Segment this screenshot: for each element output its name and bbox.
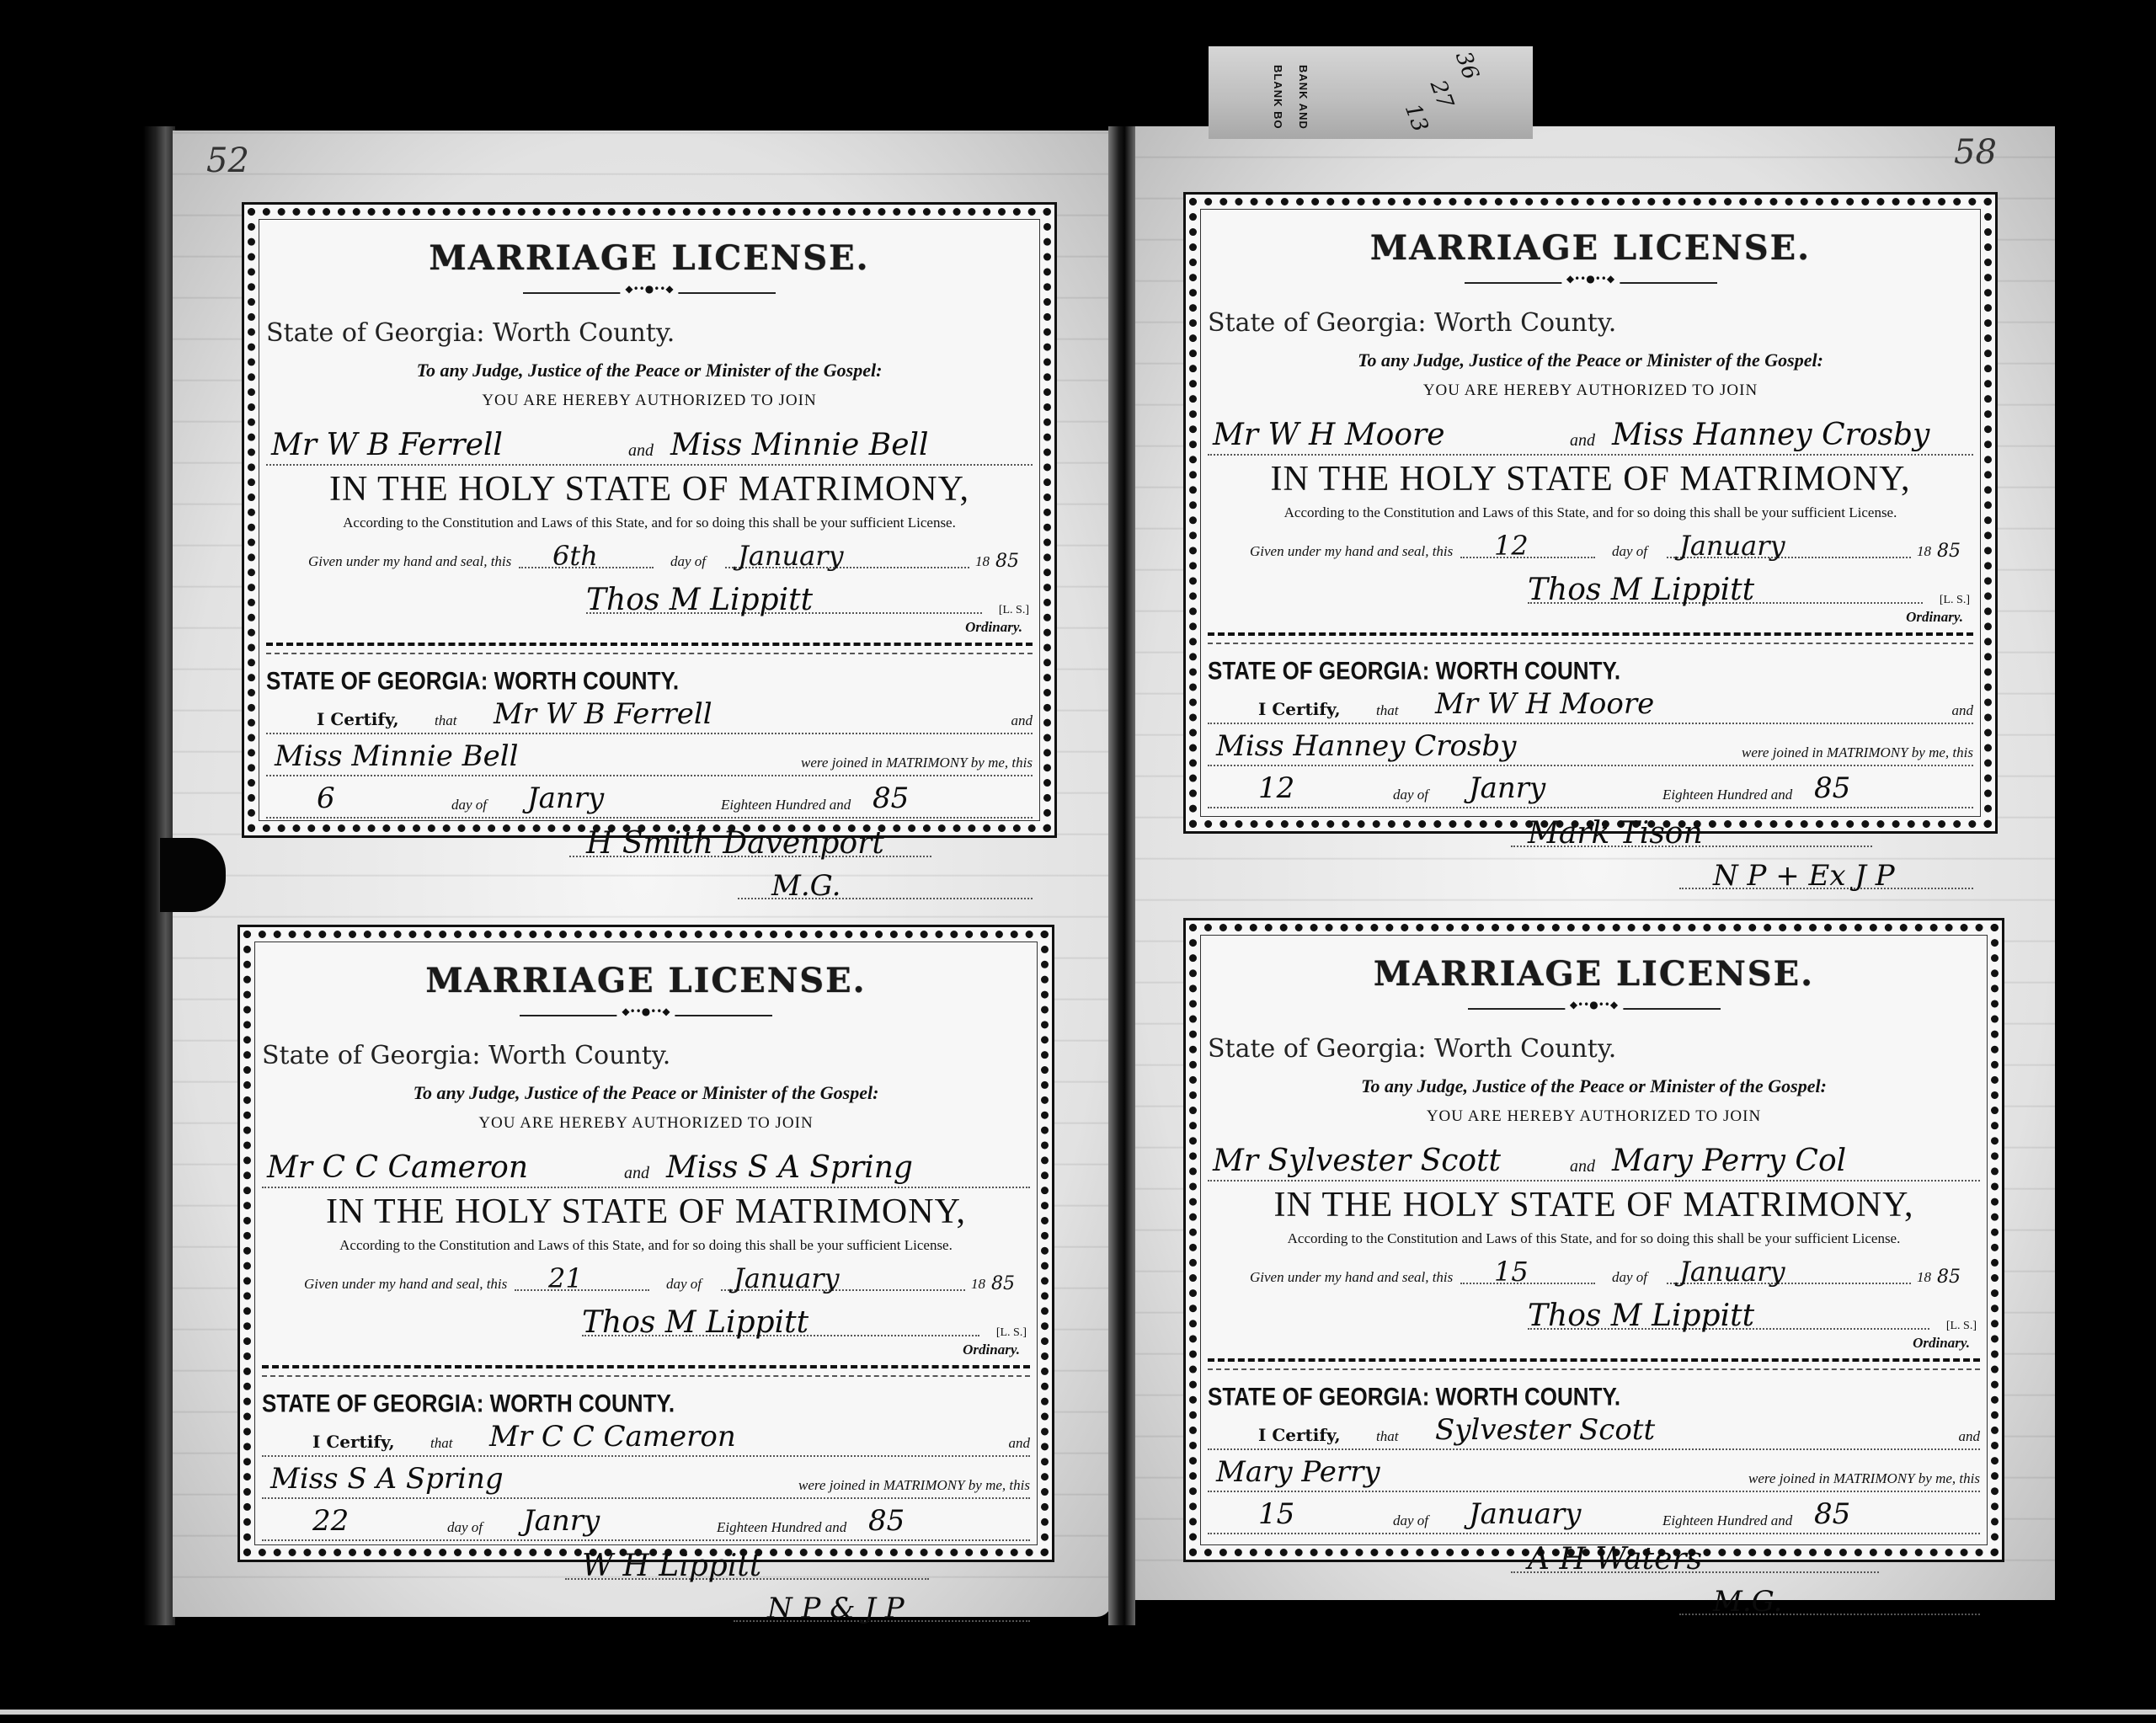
dotted-rule bbox=[1528, 602, 1923, 604]
ordinary-label: Ordinary. bbox=[266, 619, 1022, 636]
i-certify-label: I Certify, bbox=[317, 709, 399, 729]
certificate-year: 85 bbox=[868, 1504, 905, 1538]
license-day: 21 bbox=[548, 1262, 583, 1294]
license-day: 6th bbox=[552, 540, 598, 572]
date-line: 22 day of Janry Eighteen Hundred and 85 bbox=[262, 1502, 1030, 1541]
date-line: 6 day of Janry Eighteen Hundred and 85 bbox=[266, 780, 1033, 819]
certificate-day: 12 bbox=[1258, 771, 1294, 805]
holy-state-line: IN THE HOLY STATE OF MATRIMONY, bbox=[262, 1192, 1030, 1232]
ordinary-label: Ordinary. bbox=[1208, 1335, 1970, 1352]
holy-state-line: IN THE HOLY STATE OF MATRIMONY, bbox=[1208, 459, 1973, 499]
day-of-label: day of bbox=[666, 1276, 702, 1293]
names-line: Mr W H Moore and Miss Hanney Crosby bbox=[1208, 403, 1973, 456]
ordinary-signature: Thos M Lippitt bbox=[1528, 1299, 1754, 1333]
license-month: January bbox=[738, 540, 844, 572]
and-label: and bbox=[628, 441, 654, 461]
given-label: Given under my hand and seal, this bbox=[1250, 543, 1453, 560]
tag-printed-line: BLANK BO bbox=[1272, 65, 1284, 130]
certificate-day: 15 bbox=[1258, 1497, 1294, 1531]
license-card-top-right: MARRIAGE LICENSE. State of Georgia: Wort… bbox=[1183, 192, 1998, 834]
certificate-month: Janry bbox=[1469, 771, 1545, 805]
joined-label: were joined in MATRIMONY by me, this bbox=[1738, 744, 1973, 761]
dotted-rule bbox=[515, 1289, 649, 1291]
officiant-title: N P + Ex J P bbox=[1713, 859, 1895, 893]
and-label: and bbox=[1956, 1428, 1981, 1445]
tag-handwritten-number: 36 bbox=[1450, 48, 1484, 83]
certificate-month: Janry bbox=[527, 781, 604, 815]
dotted-rule bbox=[586, 612, 982, 614]
according-line: According to the Constitution and Laws o… bbox=[1208, 1230, 1980, 1247]
dotted-rule bbox=[582, 1335, 979, 1336]
license-title: MARRIAGE LICENSE. bbox=[262, 961, 1030, 1000]
officiant-line: W H Lippitt bbox=[262, 1541, 1030, 1585]
tag-handwritten-number: 27 bbox=[1425, 77, 1459, 111]
section-divider bbox=[262, 1365, 1030, 1377]
according-line: According to the Constitution and Laws o… bbox=[262, 1237, 1030, 1254]
day-of-label: day of bbox=[1393, 787, 1428, 803]
authorized-line: YOU ARE HEREBY AUTHORIZED TO JOIN bbox=[266, 392, 1033, 410]
dotted-rule bbox=[725, 567, 969, 568]
section-divider bbox=[1208, 632, 1973, 644]
holy-state-line: IN THE HOLY STATE OF MATRIMONY, bbox=[266, 469, 1033, 509]
names-line: Mr C C Cameron and Miss S A Spring bbox=[262, 1136, 1030, 1188]
ordinary-signature-line: Thos M Lippitt [L. S.] bbox=[1208, 565, 1973, 609]
groom-name: Mr W H Moore bbox=[1213, 418, 1445, 452]
certificate-day: 6 bbox=[317, 781, 335, 815]
license-content: MARRIAGE LICENSE. State of Georgia: Wort… bbox=[262, 946, 1030, 1543]
certificate-bride: Mary Perry bbox=[1216, 1455, 1380, 1489]
license-content: MARRIAGE LICENSE. State of Georgia: Wort… bbox=[266, 223, 1033, 819]
joined-line: Miss S A Spring were joined in MATRIMONY… bbox=[262, 1460, 1030, 1499]
year-prefix: 18 bbox=[975, 553, 990, 570]
certificate-year: 85 bbox=[873, 781, 909, 815]
license-card-top-left: MARRIAGE LICENSE. State of Georgia: Wort… bbox=[242, 202, 1057, 838]
joined-line: Miss Hanney Crosby were joined in MATRIM… bbox=[1208, 728, 1973, 766]
license-content: MARRIAGE LICENSE. State of Georgia: Wort… bbox=[1208, 213, 1973, 814]
given-line: Given under my hand and seal, this 21 da… bbox=[262, 1262, 1030, 1296]
given-label: Given under my hand and seal, this bbox=[1250, 1269, 1453, 1286]
authorized-line: YOU ARE HEREBY AUTHORIZED TO JOIN bbox=[1208, 381, 1973, 400]
day-of-label: day of bbox=[1612, 543, 1647, 560]
section-divider bbox=[266, 643, 1033, 654]
license-year: 85 bbox=[1937, 541, 1961, 562]
addressee-line: To any Judge, Justice of the Peace or Mi… bbox=[262, 1082, 1030, 1104]
officiant-signature: W H Lippitt bbox=[582, 1549, 761, 1583]
day-of-label: day of bbox=[447, 1519, 483, 1536]
tag-handwritten-number: 13 bbox=[1400, 100, 1433, 135]
license-card-bottom-right: MARRIAGE LICENSE. State of Georgia: Wort… bbox=[1183, 918, 2004, 1562]
scan-edge-strip bbox=[0, 1710, 2156, 1715]
tag-printed-line: BANK AND bbox=[1297, 65, 1310, 130]
license-title: MARRIAGE LICENSE. bbox=[1208, 228, 1973, 268]
year-prefix: 18 bbox=[1917, 543, 1931, 560]
license-content: MARRIAGE LICENSE. State of Georgia: Wort… bbox=[1208, 939, 1980, 1543]
dotted-rule bbox=[519, 567, 654, 568]
license-title: MARRIAGE LICENSE. bbox=[266, 238, 1033, 278]
seal-label: [L. S.] bbox=[1940, 594, 1970, 607]
officiant-title: M.G. bbox=[1713, 1585, 1782, 1619]
addressee-line: To any Judge, Justice of the Peace or Mi… bbox=[266, 360, 1033, 381]
officiant-title-line: M.G. bbox=[1208, 1578, 1980, 1620]
ordinary-signature-line: Thos M Lippitt [L. S.] bbox=[1208, 1291, 1980, 1335]
certificate-heading: STATE OF GEORGIA: WORTH COUNTY. bbox=[266, 666, 1033, 696]
certificate-bride: Miss S A Spring bbox=[270, 1462, 504, 1496]
certify-line: I Certify, that Mr W B Ferrell and bbox=[266, 696, 1033, 734]
page-number-right: 58 bbox=[1954, 133, 1997, 172]
certificate-heading: STATE OF GEORGIA: WORTH COUNTY. bbox=[1208, 1382, 1980, 1412]
given-line: Given under my hand and seal, this 12 da… bbox=[1208, 530, 1973, 563]
and-label: and bbox=[1008, 712, 1033, 729]
state-county-line: State of Georgia: Worth County. bbox=[262, 1041, 1030, 1070]
license-year: 85 bbox=[995, 551, 1019, 572]
officiant-line: H Smith Davenport bbox=[266, 819, 1033, 862]
state-county-line: State of Georgia: Worth County. bbox=[266, 318, 1033, 348]
officiant-signature: H Smith Davenport bbox=[586, 826, 884, 861]
groom-name: Mr W B Ferrell bbox=[271, 428, 503, 462]
certificate-month: Janry bbox=[523, 1504, 600, 1538]
groom-name: Mr Sylvester Scott bbox=[1213, 1144, 1501, 1178]
officiant-signature: Mark Tison bbox=[1528, 816, 1703, 851]
ordinary-signature-line: Thos M Lippitt [L. S.] bbox=[262, 1298, 1030, 1342]
certificate-bride: Miss Minnie Bell bbox=[275, 739, 519, 773]
and-label: and bbox=[1006, 1435, 1031, 1452]
and-label: and bbox=[1570, 431, 1595, 451]
certificate-year: 85 bbox=[1814, 1497, 1850, 1531]
ordinary-label: Ordinary. bbox=[1208, 609, 1963, 626]
date-line: 15 day of January Eighteen Hundred and 8… bbox=[1208, 1496, 1980, 1534]
and-label: and bbox=[1570, 1157, 1595, 1176]
eighteen-hundred-label: Eighteen Hundred and bbox=[1662, 787, 1792, 803]
certificate-heading: STATE OF GEORGIA: WORTH COUNTY. bbox=[1208, 656, 1973, 686]
license-day: 15 bbox=[1494, 1256, 1529, 1288]
dotted-rule bbox=[1460, 557, 1595, 558]
page-number-left: 52 bbox=[206, 141, 249, 180]
officiant-title: N P & J P bbox=[767, 1592, 905, 1625]
i-certify-label: I Certify, bbox=[1258, 1425, 1341, 1445]
ornament-divider bbox=[1465, 280, 1717, 286]
names-line: Mr W B Ferrell and Miss Minnie Bell bbox=[266, 413, 1033, 466]
certificate-day: 22 bbox=[312, 1504, 349, 1538]
authorized-line: YOU ARE HEREBY AUTHORIZED TO JOIN bbox=[1208, 1107, 1980, 1126]
officiant-signature: A H Waters bbox=[1528, 1542, 1702, 1576]
officiant-title-line: N P + Ex J P bbox=[1208, 852, 1973, 894]
certificate-groom: Mr W B Ferrell bbox=[494, 697, 712, 731]
book-gutter bbox=[1108, 126, 1135, 1625]
date-line: 12 day of Janry Eighteen Hundred and 85 bbox=[1208, 770, 1973, 808]
seal-label: [L. S.] bbox=[999, 604, 1029, 617]
holy-state-line: IN THE HOLY STATE OF MATRIMONY, bbox=[1208, 1185, 1980, 1225]
license-title: MARRIAGE LICENSE. bbox=[1208, 954, 1980, 994]
given-line: Given under my hand and seal, this 15 da… bbox=[1208, 1256, 1980, 1289]
bride-name: Miss S A Spring bbox=[666, 1150, 913, 1185]
groom-name: Mr C C Cameron bbox=[267, 1150, 528, 1185]
ornament-divider bbox=[520, 1012, 772, 1019]
that-label: that bbox=[435, 712, 456, 729]
joined-line: Miss Minnie Bell were joined in MATRIMON… bbox=[266, 738, 1033, 776]
day-of-label: day of bbox=[1612, 1269, 1647, 1286]
certify-line: I Certify, that Sylvester Scott and bbox=[1208, 1411, 1980, 1450]
certify-line: I Certify, that Mr W H Moore and bbox=[1208, 685, 1973, 724]
eighteen-hundred-label: Eighteen Hundred and bbox=[721, 797, 851, 813]
officiant-title-line: N P & J P bbox=[262, 1585, 1030, 1627]
certificate-month: January bbox=[1469, 1497, 1581, 1531]
section-divider bbox=[1208, 1358, 1980, 1370]
certificate-heading: STATE OF GEORGIA: WORTH COUNTY. bbox=[262, 1389, 1030, 1419]
that-label: that bbox=[1376, 702, 1398, 719]
license-month: January bbox=[1679, 1256, 1785, 1288]
i-certify-label: I Certify, bbox=[312, 1432, 395, 1452]
license-card-bottom-left: MARRIAGE LICENSE. State of Georgia: Wort… bbox=[237, 925, 1054, 1562]
certificate-groom: Mr C C Cameron bbox=[489, 1420, 736, 1454]
names-line: Mr Sylvester Scott and Mary Perry Col bbox=[1208, 1129, 1980, 1182]
according-line: According to the Constitution and Laws o… bbox=[266, 515, 1033, 531]
day-of-label: day of bbox=[451, 797, 487, 813]
that-label: that bbox=[430, 1435, 452, 1452]
seal-label: [L. S.] bbox=[996, 1326, 1027, 1340]
license-day: 12 bbox=[1494, 530, 1529, 562]
bride-name: Miss Hanney Crosby bbox=[1612, 418, 1929, 452]
certificate-year: 85 bbox=[1814, 771, 1850, 805]
officiant-title-line: M.G. bbox=[266, 862, 1033, 904]
state-county-line: State of Georgia: Worth County. bbox=[1208, 308, 1973, 338]
state-county-line: State of Georgia: Worth County. bbox=[1208, 1034, 1980, 1064]
given-label: Given under my hand and seal, this bbox=[308, 553, 511, 570]
officiant-line: A H Waters bbox=[1208, 1534, 1980, 1578]
certify-line: I Certify, that Mr C C Cameron and bbox=[262, 1418, 1030, 1457]
eighteen-hundred-label: Eighteen Hundred and bbox=[1662, 1512, 1792, 1529]
seal-label: [L. S.] bbox=[1946, 1320, 1977, 1333]
dotted-rule bbox=[1667, 557, 1911, 558]
authorized-line: YOU ARE HEREBY AUTHORIZED TO JOIN bbox=[262, 1114, 1030, 1133]
addressee-line: To any Judge, Justice of the Peace or Mi… bbox=[1208, 349, 1973, 371]
according-line: According to the Constitution and Laws o… bbox=[1208, 504, 1973, 521]
license-month: January bbox=[734, 1262, 840, 1294]
bride-name: Mary Perry Col bbox=[1612, 1144, 1846, 1178]
dotted-rule bbox=[1667, 1283, 1911, 1284]
dotted-rule bbox=[1460, 1283, 1595, 1284]
officiant-title: M.G. bbox=[771, 869, 841, 903]
certificate-bride: Miss Hanney Crosby bbox=[1216, 729, 1516, 763]
given-line: Given under my hand and seal, this 6th d… bbox=[266, 540, 1033, 573]
certificate-groom: Sylvester Scott bbox=[1435, 1413, 1655, 1447]
year-prefix: 18 bbox=[971, 1276, 985, 1293]
dotted-rule bbox=[721, 1289, 965, 1291]
that-label: that bbox=[1376, 1428, 1398, 1445]
officiant-line: Mark Tison bbox=[1208, 808, 1973, 852]
bride-name: Miss Minnie Bell bbox=[670, 428, 929, 462]
ornament-divider bbox=[523, 290, 776, 296]
ordinary-signature: Thos M Lippitt bbox=[1528, 573, 1754, 607]
joined-line: Mary Perry were joined in MATRIMONY by m… bbox=[1208, 1454, 1980, 1492]
license-year: 85 bbox=[1937, 1267, 1961, 1288]
year-prefix: 18 bbox=[1917, 1269, 1931, 1286]
certificate-groom: Mr W H Moore bbox=[1435, 687, 1654, 721]
ornament-divider bbox=[1468, 1006, 1721, 1012]
given-label: Given under my hand and seal, this bbox=[304, 1276, 507, 1293]
ordinary-signature-line: Thos M Lippitt [L. S.] bbox=[266, 575, 1033, 619]
ordinary-signature: Thos M Lippitt bbox=[586, 583, 813, 617]
joined-label: were joined in MATRIMONY by me, this bbox=[1745, 1470, 1980, 1487]
binding-tab bbox=[160, 838, 226, 912]
eighteen-hundred-label: Eighteen Hundred and bbox=[717, 1519, 846, 1536]
joined-label: were joined in MATRIMONY by me, this bbox=[798, 755, 1033, 771]
and-label: and bbox=[624, 1164, 649, 1183]
day-of-label: day of bbox=[1393, 1512, 1428, 1529]
addressee-line: To any Judge, Justice of the Peace or Mi… bbox=[1208, 1075, 1980, 1097]
day-of-label: day of bbox=[670, 553, 706, 570]
joined-label: were joined in MATRIMONY by me, this bbox=[795, 1477, 1030, 1494]
paper-tag: BANK AND BLANK BO 36 27 13 bbox=[1209, 46, 1533, 139]
i-certify-label: I Certify, bbox=[1258, 699, 1341, 719]
dotted-rule bbox=[1528, 1328, 1929, 1330]
license-year: 85 bbox=[991, 1273, 1015, 1294]
and-label: and bbox=[1949, 702, 1974, 719]
license-month: January bbox=[1679, 530, 1785, 562]
ordinary-label: Ordinary. bbox=[262, 1342, 1020, 1358]
ordinary-signature: Thos M Lippitt bbox=[582, 1305, 808, 1340]
